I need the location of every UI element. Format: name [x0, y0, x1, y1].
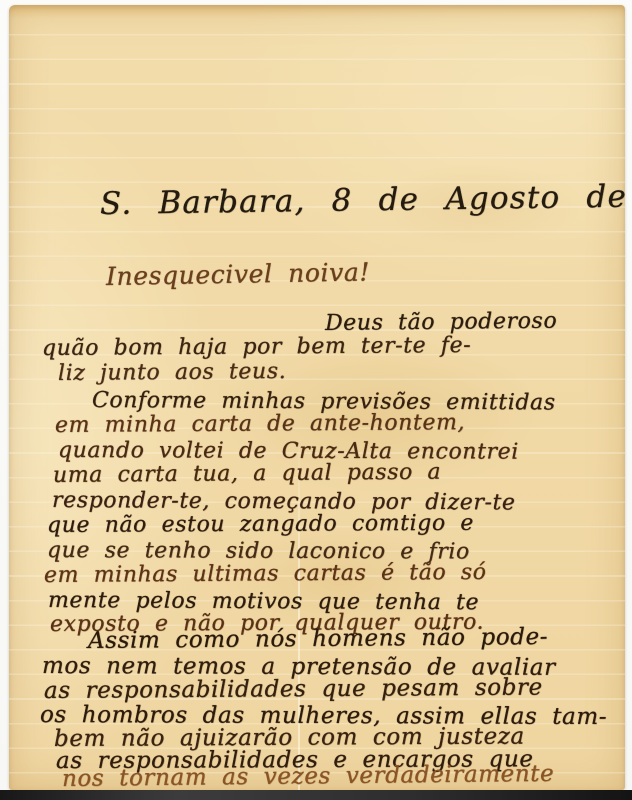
- handwritten-line: liz junto aos teus.: [58, 359, 286, 386]
- handwritten-line: que não estou zangado comtigo e: [47, 511, 474, 538]
- handwritten-line: Assim como nós homens não pode-: [88, 624, 548, 654]
- handwritten-line: uma carta tua, a qual passo a: [53, 460, 441, 488]
- salutation: Inesquecivel noiva!: [106, 257, 370, 291]
- handwritten-line: nos tornam as vezes verdadeiramente: [62, 761, 555, 792]
- handwritten-line: Deus tão poderoso: [325, 309, 557, 336]
- dateline: S. Barbara, 8 de Agosto de 1926: [100, 177, 632, 222]
- handwritten-line: as responsabilidades que pesam sobre: [44, 675, 543, 704]
- handwritten-line: em minha carta de ante-hontem,: [55, 410, 465, 438]
- handwritten-line: em minhas ultimas cartas é tão só: [44, 560, 487, 588]
- letter-scan: S. Barbara, 8 de Agosto de 1926 Inesquec…: [0, 0, 632, 800]
- handwritten-line: quão bom haja por bem ter-te fe-: [42, 333, 471, 361]
- handwriting-layer: S. Barbara, 8 de Agosto de 1926 Inesquec…: [0, 0, 632, 800]
